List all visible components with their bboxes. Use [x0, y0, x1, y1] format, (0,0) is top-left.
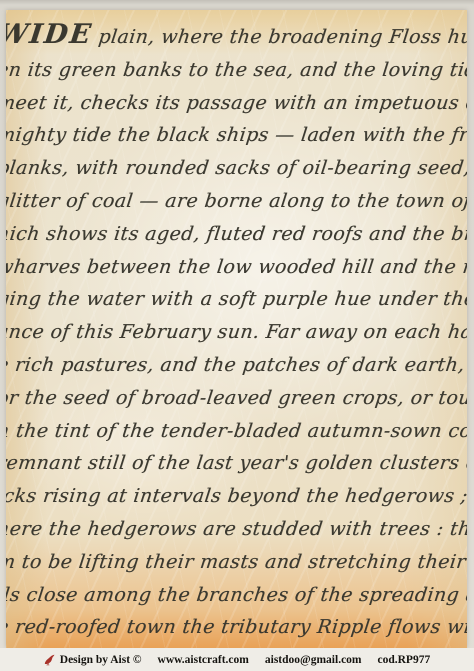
text-line: planks, with rounded sacks of oil-bearin… — [6, 152, 467, 185]
text-line: e rich pastures, and the patches of dark… — [6, 349, 467, 382]
text-line: meet it, checks its passage with an impe… — [6, 87, 467, 120]
text-line: mighty tide the black ships — laden with… — [6, 119, 467, 152]
text-line: or the seed of broad-leaved green crops,… — [6, 382, 467, 415]
design-credit-label: Design by Aist © — [60, 654, 142, 666]
text-line: glitter of coal — are borne along to the… — [6, 185, 467, 218]
text-line: WIDE plain, where the broadening Floss h… — [6, 19, 467, 54]
text-line: ging the water with a soft purple hue un… — [6, 283, 467, 316]
text-line: hich shows its aged, fluted red roofs an… — [6, 218, 467, 251]
website-text: www.aistcraft.com — [158, 654, 249, 666]
design-credit-group: Design by Aist © — [44, 654, 142, 666]
text-line: m to be lifting their masts and stretchi… — [6, 546, 467, 579]
product-code: cod.RP977 — [378, 654, 431, 666]
stork-icon — [44, 654, 55, 666]
text-line: en its green banks to the sea, and the l… — [6, 54, 467, 87]
footer-credits: Design by Aist © www.aistcraft.com aistd… — [0, 648, 474, 671]
text-line: wharves between the low wooded hill and … — [6, 251, 467, 284]
text-line: remnant still of the last year's golden … — [6, 447, 467, 480]
text-line: here the hedgerows are studded with tree… — [6, 513, 467, 546]
scanned-sheet: WIDE plain, where the broadening Floss h… — [0, 0, 474, 671]
text-line: ils close among the branches of the spre… — [6, 579, 467, 612]
text-line: icks rising at intervals beyond the hedg… — [6, 480, 467, 513]
text-line: h the tint of the tender-bladed autumn-s… — [6, 415, 467, 448]
decorative-initial: WIDE — [6, 19, 94, 50]
manuscript-text: WIDE plain, where the broadening Floss h… — [6, 19, 467, 644]
email-text: aistdoo@gmail.com — [265, 654, 362, 666]
text-line: ance of this February sun. Far away on e… — [6, 316, 467, 349]
aged-paper: WIDE plain, where the broadening Floss h… — [6, 10, 467, 648]
text-line: e red-roofed town the tributary Ripple f… — [6, 611, 467, 644]
